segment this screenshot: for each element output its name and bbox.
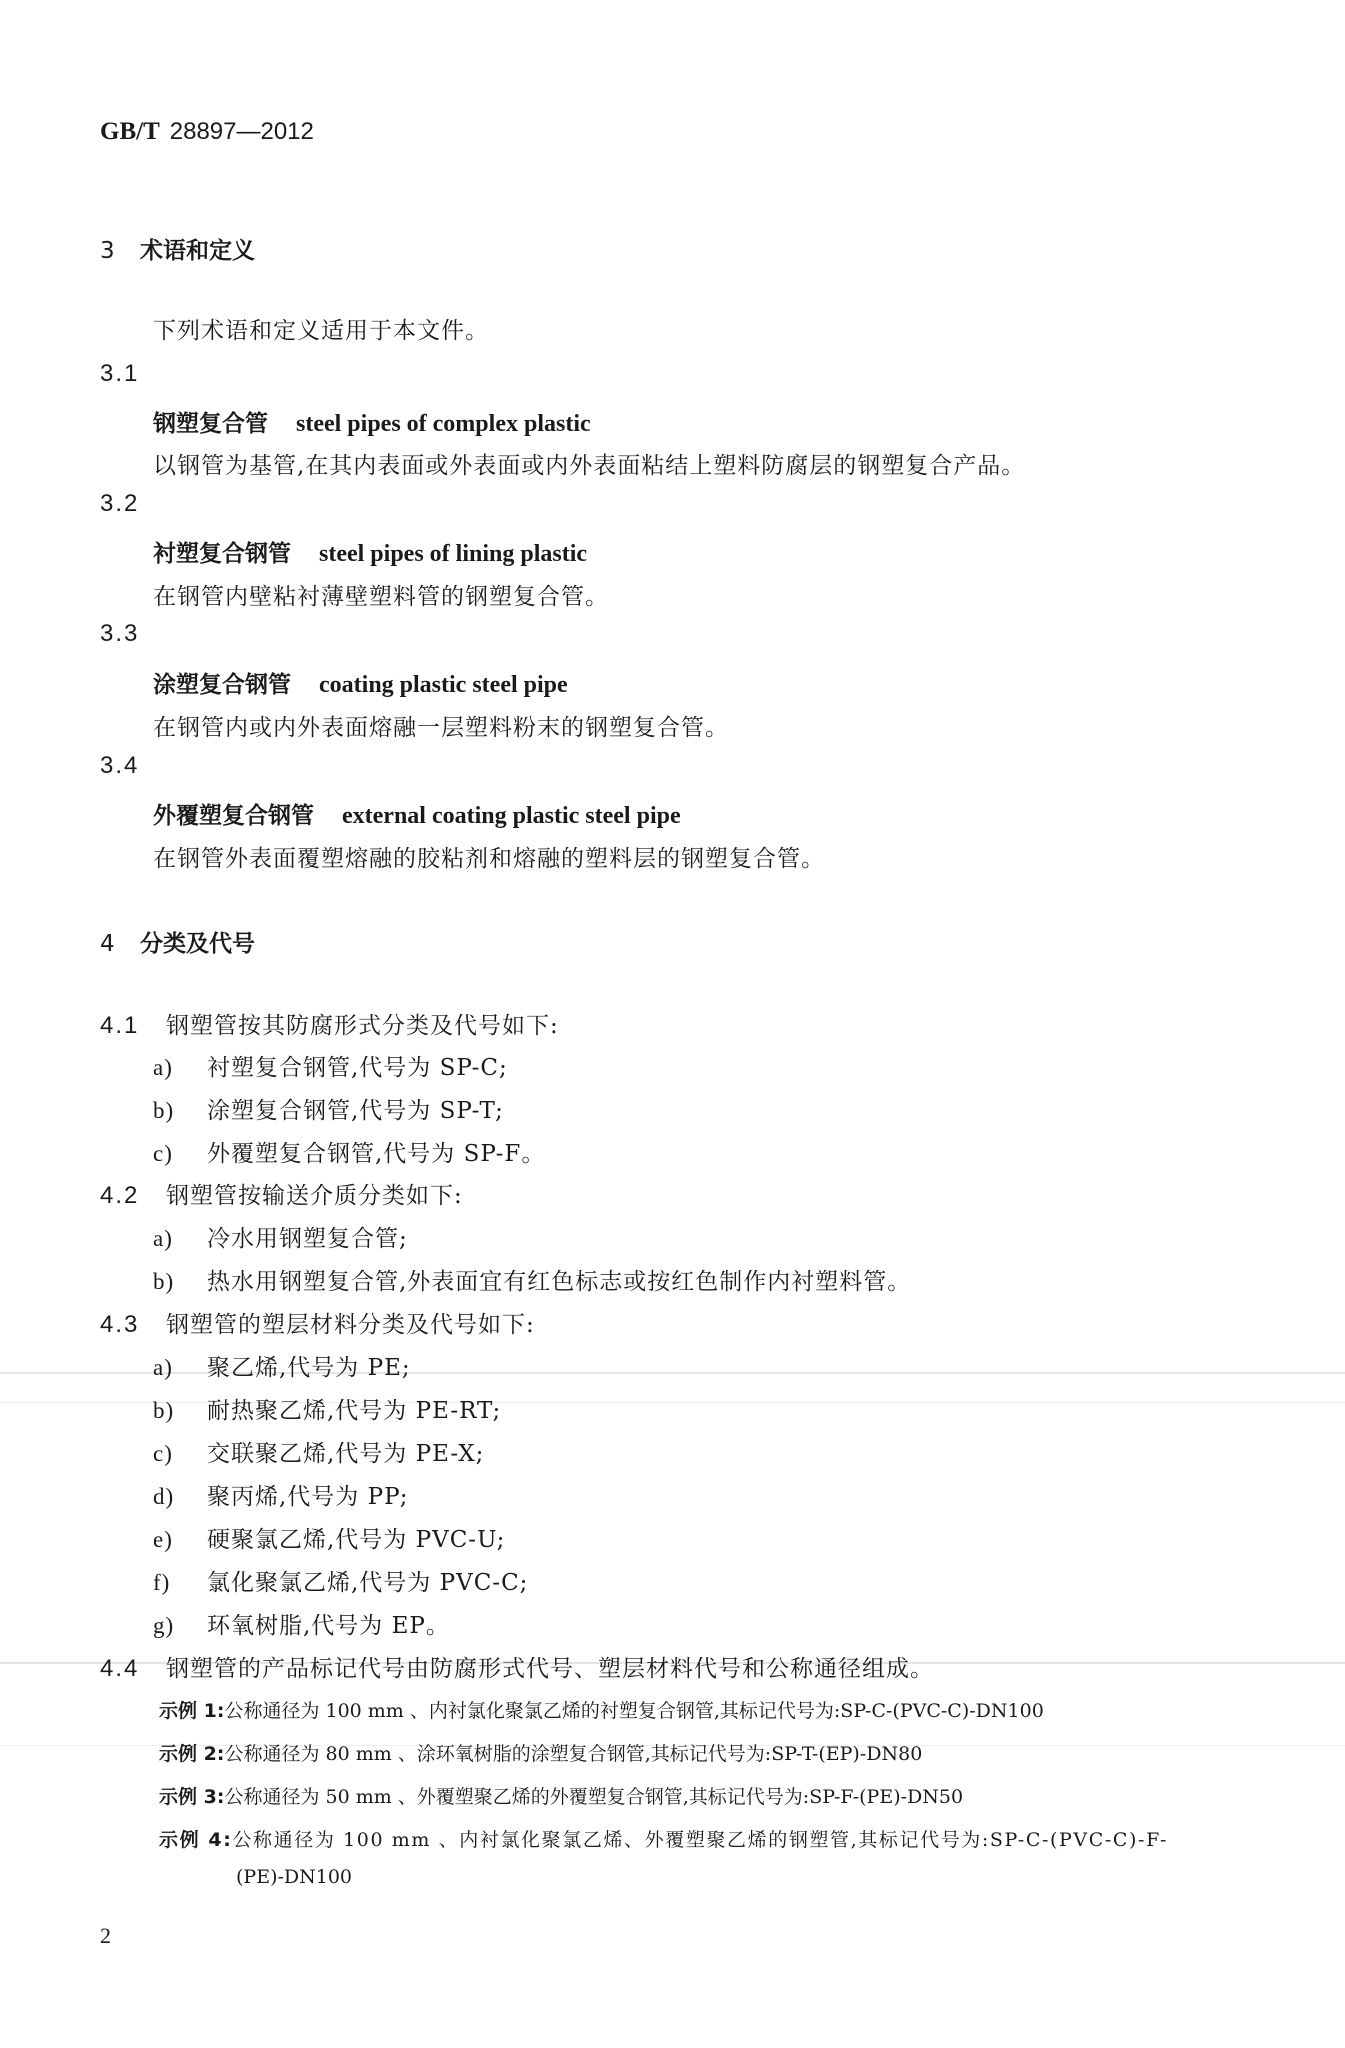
item-text: 冷水用钢塑复合管; [207,1226,408,1252]
example-label: 示例 4: [159,1829,232,1851]
term-number: 3.1 [100,360,139,388]
standard-prefix: GB/T [100,118,160,145]
standard-number-header: GB/T28897—2012 [100,117,314,146]
list-item: f)氯化聚氯乙烯,代号为 PVC-C; [153,1564,528,1597]
term-definition: 以钢管为基管,在其内表面或外表面或内外表面粘结上塑料防腐层的钢塑复合产品。 [153,447,1025,480]
item-label: g) [153,1613,207,1639]
example: 示例 3:公称通径为 50 mm 、外覆塑聚乙烯的外覆塑复合钢管,其标记代号为:… [159,1782,963,1809]
item-label: b) [153,1269,207,1295]
example-label: 示例 2: [159,1743,224,1765]
section-title: 分类及代号 [140,931,255,957]
term-en: steel pipes of lining plastic [319,541,587,567]
example: 示例 1:公称通径为 100 mm 、内衬氯化聚氯乙烯的衬塑复合钢管,其标记代号… [159,1696,1044,1723]
section-3-heading: 3术语和定义 [100,232,255,265]
clause-number: 4.2 [100,1182,166,1210]
list-item: g)环氧树脂,代号为 EP。 [153,1607,450,1640]
term-en: steel pipes of complex plastic [296,411,591,437]
list-item: e)硬聚氯乙烯,代号为 PVC-U; [153,1521,505,1554]
item-label: f) [153,1570,207,1596]
example-text: 公称通径为 100 mm 、内衬氯化聚氯乙烯、外覆塑聚乙烯的钢塑管,其标记代号为… [232,1829,1168,1851]
example-text: 公称通径为 50 mm 、外覆塑聚乙烯的外覆塑复合钢管,其标记代号为:SP-F-… [224,1786,963,1808]
term-number: 3.4 [100,752,139,780]
item-label: a) [153,1226,207,1252]
clause-number: 4.4 [100,1655,166,1683]
clause-4-2: 4.2钢塑管按输送介质分类如下: [100,1177,463,1210]
clause-4-1: 4.1钢塑管按其防腐形式分类及代号如下: [100,1007,559,1040]
example-label: 示例 3: [159,1786,224,1808]
item-text: 环氧树脂,代号为 EP。 [207,1613,450,1639]
clause-text: 钢塑管的塑层材料分类及代号如下: [166,1312,535,1338]
section-number: 3 [100,238,140,264]
section-title: 术语和定义 [140,238,255,264]
document-page: GB/T28897—2012 3术语和定义 下列术语和定义适用于本文件。 3.1… [0,0,1345,2048]
term-definition: 在钢管内或内外表面熔融一层塑料粉末的钢塑复合管。 [153,709,729,742]
clause-4-4: 4.4钢塑管的产品标记代号由防腐形式代号、塑层材料代号和公称通径组成。 [100,1650,934,1683]
section-3-intro: 下列术语和定义适用于本文件。 [153,312,489,345]
page-number: 2 [100,1923,111,1949]
term-definition: 在钢管内壁粘衬薄壁塑料管的钢塑复合管。 [153,578,609,611]
list-item: a)聚乙烯,代号为 PE; [153,1349,411,1382]
term-heading: 衬塑复合钢管steel pipes of lining plastic [153,535,587,568]
term-zh: 外覆塑复合钢管 [153,803,314,829]
item-text: 耐热聚乙烯,代号为 PE-RT; [207,1398,501,1424]
item-label: c) [153,1441,207,1467]
list-item: b)耐热聚乙烯,代号为 PE-RT; [153,1392,501,1425]
item-label: b) [153,1098,207,1124]
example-label: 示例 1: [159,1700,224,1722]
item-text: 衬塑复合钢管,代号为 SP-C; [207,1055,508,1081]
term-zh: 衬塑复合钢管 [153,541,291,567]
example: 示例 4:公称通径为 100 mm 、内衬氯化聚氯乙烯、外覆塑聚乙烯的钢塑管,其… [159,1825,1168,1852]
item-label: d) [153,1484,207,1510]
item-label: b) [153,1398,207,1424]
item-text: 外覆塑复合钢管,代号为 SP-F。 [207,1141,545,1167]
clause-text: 钢塑管按其防腐形式分类及代号如下: [166,1013,559,1039]
term-en: coating plastic steel pipe [319,672,568,698]
list-item: a)衬塑复合钢管,代号为 SP-C; [153,1049,508,1082]
example: 示例 2:公称通径为 80 mm 、涂环氧树脂的涂塑复合钢管,其标记代号为:SP… [159,1739,922,1766]
term-heading: 涂塑复合钢管coating plastic steel pipe [153,666,568,699]
item-text: 聚乙烯,代号为 PE; [207,1355,411,1381]
item-label: c) [153,1141,207,1167]
term-en: external coating plastic steel pipe [342,803,681,829]
term-definition: 在钢管外表面覆塑熔融的胶粘剂和熔融的塑料层的钢塑复合管。 [153,840,825,873]
clause-number: 4.3 [100,1311,166,1339]
term-number: 3.2 [100,490,139,518]
list-item: b)涂塑复合钢管,代号为 SP-T; [153,1092,504,1125]
item-text: 氯化聚氯乙烯,代号为 PVC-C; [207,1570,528,1596]
section-4-heading: 4分类及代号 [100,925,255,958]
clause-number: 4.1 [100,1012,166,1040]
standard-number: 28897—2012 [170,118,314,145]
term-number: 3.3 [100,620,139,648]
item-label: e) [153,1527,207,1553]
term-heading: 钢塑复合管steel pipes of complex plastic [153,405,591,438]
item-text: 硬聚氯乙烯,代号为 PVC-U; [207,1527,505,1553]
clause-text: 钢塑管按输送介质分类如下: [166,1183,463,1209]
item-text: 涂塑复合钢管,代号为 SP-T; [207,1098,504,1124]
list-item: a)冷水用钢塑复合管; [153,1220,408,1253]
item-text: 聚丙烯,代号为 PP; [207,1484,409,1510]
example-text: 公称通径为 100 mm 、内衬氯化聚氯乙烯的衬塑复合钢管,其标记代号为:SP-… [224,1700,1043,1722]
section-number: 4 [100,931,140,957]
list-item: c)交联聚乙烯,代号为 PE-X; [153,1435,484,1468]
item-label: a) [153,1355,207,1381]
example-continuation: (PE)-DN100 [236,1866,352,1888]
clause-text: 钢塑管的产品标记代号由防腐形式代号、塑层材料代号和公称通径组成。 [166,1656,934,1682]
item-text: 热水用钢塑复合管,外表面宜有红色标志或按红色制作内衬塑料管。 [207,1269,911,1295]
term-zh: 涂塑复合钢管 [153,672,291,698]
clause-4-3: 4.3钢塑管的塑层材料分类及代号如下: [100,1306,535,1339]
term-heading: 外覆塑复合钢管external coating plastic steel pi… [153,797,681,830]
term-zh: 钢塑复合管 [153,411,268,437]
example-text: 公称通径为 80 mm 、涂环氧树脂的涂塑复合钢管,其标记代号为:SP-T-(E… [224,1743,922,1765]
list-item: d)聚丙烯,代号为 PP; [153,1478,409,1511]
list-item: b)热水用钢塑复合管,外表面宜有红色标志或按红色制作内衬塑料管。 [153,1263,911,1296]
list-item: c)外覆塑复合钢管,代号为 SP-F。 [153,1135,545,1168]
item-label: a) [153,1055,207,1081]
item-text: 交联聚乙烯,代号为 PE-X; [207,1441,484,1467]
